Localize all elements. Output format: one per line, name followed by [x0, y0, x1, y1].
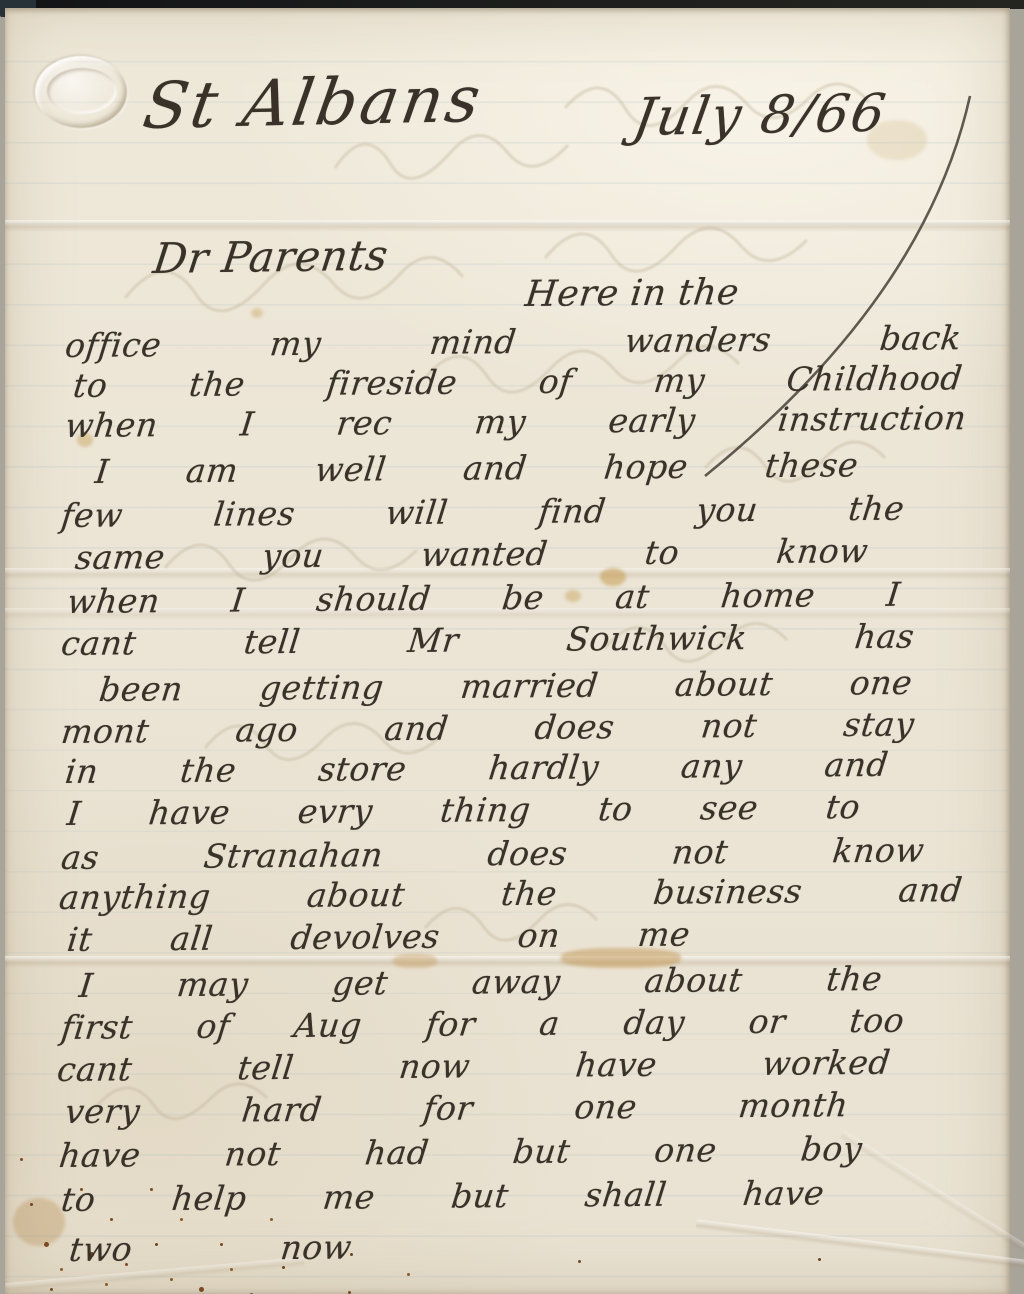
- letter-line: cant tell now have worked: [55, 1043, 892, 1089]
- letter-line: in the store hardly any and: [63, 745, 890, 791]
- foxing-specks: [20, 1158, 23, 1161]
- salutation: Dr Parents: [151, 231, 392, 283]
- letter-line: I may get away about the: [77, 959, 884, 1005]
- letter-line: mont ago and does not stay: [59, 705, 916, 751]
- letter-line: two now: [67, 1228, 354, 1269]
- letter-line: anything about the business and: [57, 870, 964, 917]
- stain: [13, 1198, 65, 1246]
- letter-line: when I rec my early instruction: [63, 398, 968, 445]
- letter-line: first of Aug for a day or too: [59, 1001, 906, 1047]
- letter-line: as Stranahan does not know: [59, 830, 926, 877]
- letter-line: very hard for one month: [63, 1085, 850, 1131]
- letter-line: when I should be at home I: [65, 575, 902, 621]
- letter-line: office my mind wanders back: [63, 318, 963, 365]
- letterhead-place: St Albans: [138, 63, 487, 144]
- letter-line: it all devolves on me: [65, 915, 692, 959]
- letter-line: I have evry thing to see to: [65, 787, 862, 833]
- letter-line: to help me but shall have: [59, 1173, 826, 1219]
- letter-paper: St Albans July 8/66 Dr Parents Here in t…: [5, 8, 1010, 1294]
- letter-line: I am well and hope these: [93, 445, 860, 491]
- letter-line: cant tell Mr Southwick has: [59, 617, 916, 663]
- letter-line: been getting married about one: [97, 663, 914, 709]
- letter-line: Here in the: [523, 272, 741, 315]
- letterhead-date: July 8/66: [629, 84, 891, 148]
- letter-line: few lines will find you the: [59, 489, 906, 535]
- letter-line: to the fireside of my Childhood: [71, 358, 964, 405]
- stain: [251, 308, 263, 318]
- letter-line: have not had but one boy: [57, 1129, 864, 1175]
- letter-line: same you wanted to know: [73, 531, 870, 577]
